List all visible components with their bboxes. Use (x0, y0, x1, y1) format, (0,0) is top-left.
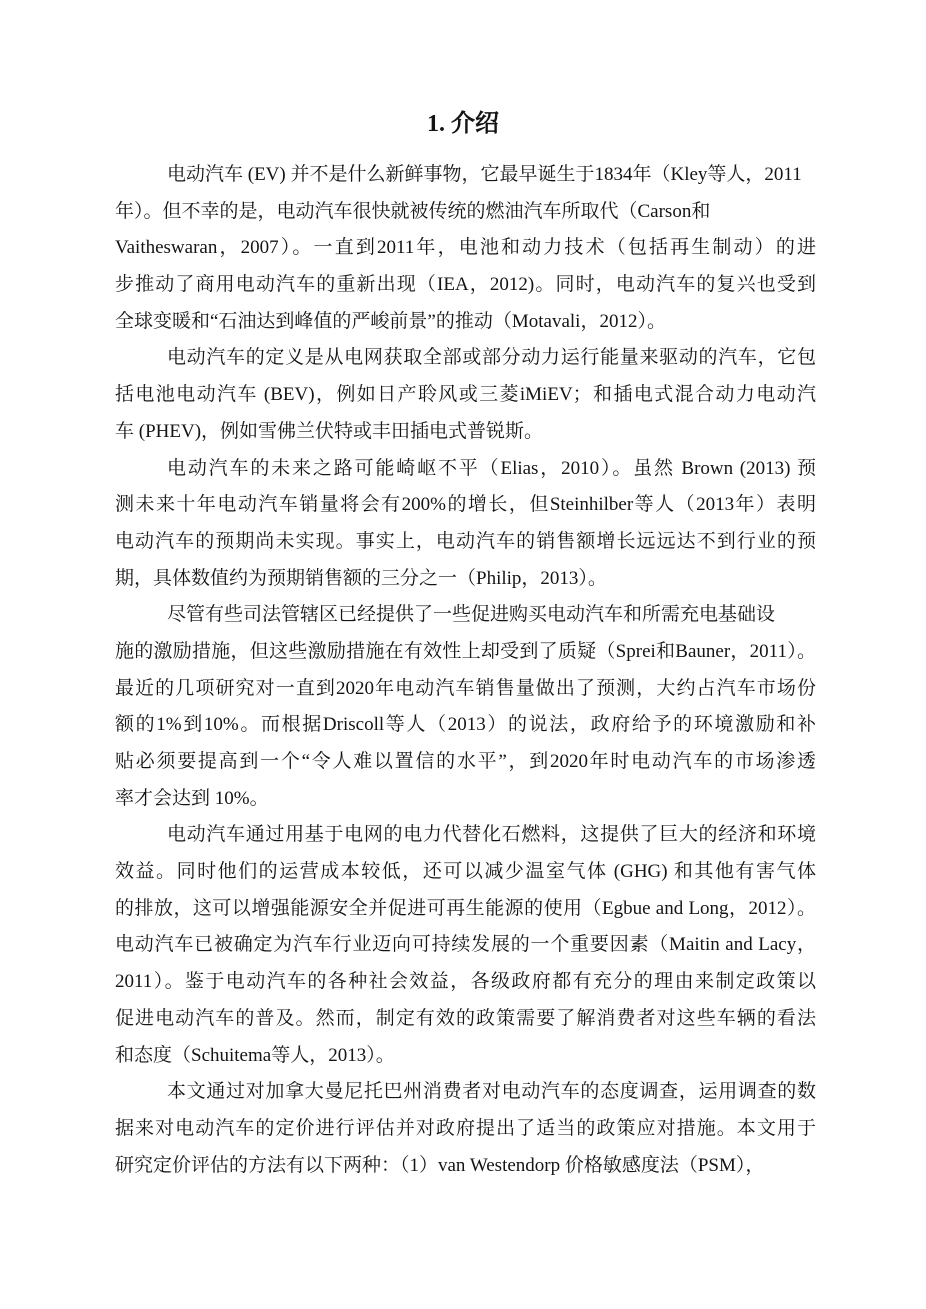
paragraph: 电动汽车 (EV) 并不是什么新鲜事物，它最早诞生于1834年（Kley等人，2… (115, 157, 816, 340)
paragraph-line: 全球变暖和“石油达到峰值的严峻前景”的推动（Motavali，2012）。 (115, 304, 816, 341)
paragraph-line: 电动汽车已被确定为汽车行业迈向可持续发展的一个重要因素（Maitin and L… (115, 927, 816, 964)
paragraph: 电动汽车的定义是从电网获取全部或部分动力运行能量来驱动的汽车，它包括电池电动汽车… (115, 340, 816, 450)
paragraph-line: 促进电动汽车的普及。然而，制定有效的政策需要了解消费者对这些车辆的看法 (115, 1001, 816, 1038)
paragraph-line: Vaitheswaran，2007）。一直到2011年，电池和动力技术（包括再生… (115, 230, 816, 267)
paragraph-line: 效益。同时他们的运营成本较低，还可以减少温室气体 (GHG) 和其他有害气体 (115, 854, 816, 891)
paragraph-line: 电动汽车的预期尚未实现。事实上，电动汽车的销售额增长远远达不到行业的预 (115, 524, 816, 561)
paragraph: 本文通过对加拿大曼尼托巴州消费者对电动汽车的态度调查，运用调查的数据来对电动汽车… (115, 1074, 816, 1184)
paragraph-line: 电动汽车 (EV) 并不是什么新鲜事物，它最早诞生于1834年（Kley等人，2… (115, 157, 816, 194)
paragraph: 尽管有些司法管辖区已经提供了一些促进购买电动汽车和所需充电基础设施的激励措施，但… (115, 597, 816, 817)
paragraph: 电动汽车通过用基于电网的电力代替化石燃料，这提供了巨大的经济和环境效益。同时他们… (115, 817, 816, 1074)
section-heading: 1. 介绍 (0, 110, 926, 139)
paragraph-line: 电动汽车的定义是从电网获取全部或部分动力运行能量来驱动的汽车，它包 (115, 340, 816, 377)
paragraph-line: 的排放，这可以增强能源安全并促进可再生能源的使用（Egbue and Long，… (115, 891, 816, 928)
document-page: 1. 介绍 电动汽车 (EV) 并不是什么新鲜事物，它最早诞生于1834年（Kl… (0, 0, 926, 1309)
paragraph-line: 期，具体数值约为预期销售额的三分之一（Philip，2013）。 (115, 561, 816, 598)
paragraph-line: 车 (PHEV)，例如雪佛兰伏特或丰田插电式普锐斯。 (115, 414, 816, 451)
paragraph-line: 率才会达到 10%。 (115, 781, 816, 818)
paragraph-line: 和态度（Schuitema等人，2013）。 (115, 1038, 816, 1075)
paragraph-line: 尽管有些司法管辖区已经提供了一些促进购买电动汽车和所需充电基础设 (115, 597, 816, 634)
paragraph-line: 电动汽车的未来之路可能崎岖不平（Elias，2010）。虽然 Brown (20… (115, 451, 816, 488)
document-body: 电动汽车 (EV) 并不是什么新鲜事物，它最早诞生于1834年（Kley等人，2… (115, 157, 816, 1184)
paragraph-line: 施的激励措施，但这些激励措施在有效性上却受到了质疑（Sprei和Bauner，2… (115, 634, 816, 671)
paragraph-line: 电动汽车通过用基于电网的电力代替化石燃料，这提供了巨大的经济和环境 (115, 817, 816, 854)
paragraph-line: 研究定价评估的方法有以下两种：（1）van Westendorp 价格敏感度法（… (115, 1148, 816, 1185)
paragraph-line: 2011）。鉴于电动汽车的各种社会效益，各级政府都有充分的理由来制定政策以 (115, 964, 816, 1001)
paragraph-line: 贴必须要提高到一个“令人难以置信的水平”，到2020年时电动汽车的市场渗透 (115, 744, 816, 781)
paragraph-line: 额的1%到10%。而根据Driscoll等人（2013）的说法，政府给予的环境激… (115, 707, 816, 744)
paragraph-line: 本文通过对加拿大曼尼托巴州消费者对电动汽车的态度调查，运用调查的数 (115, 1074, 816, 1111)
paragraph-line: 据来对电动汽车的定价进行评估并对政府提出了适当的政策应对措施。本文用于 (115, 1111, 816, 1148)
paragraph-line: 步推动了商用电动汽车的重新出现（IEA，2012)。同时，电动汽车的复兴也受到 (115, 267, 816, 304)
paragraph-line: 括电池电动汽车 (BEV)，例如日产聆风或三菱iMiEV；和插电式混合动力电动汽 (115, 377, 816, 414)
paragraph: 电动汽车的未来之路可能崎岖不平（Elias，2010）。虽然 Brown (20… (115, 451, 816, 598)
paragraph-line: 年）。但不幸的是，电动汽车很快就被传统的燃油汽车所取代（Carson和 (115, 194, 816, 231)
paragraph-line: 测未来十年电动汽车销量将会有200%的增长，但Steinhilber等人（201… (115, 487, 816, 524)
paragraph-line: 最近的几项研究对一直到2020年电动汽车销售量做出了预测，大约占汽车市场份 (115, 671, 816, 708)
